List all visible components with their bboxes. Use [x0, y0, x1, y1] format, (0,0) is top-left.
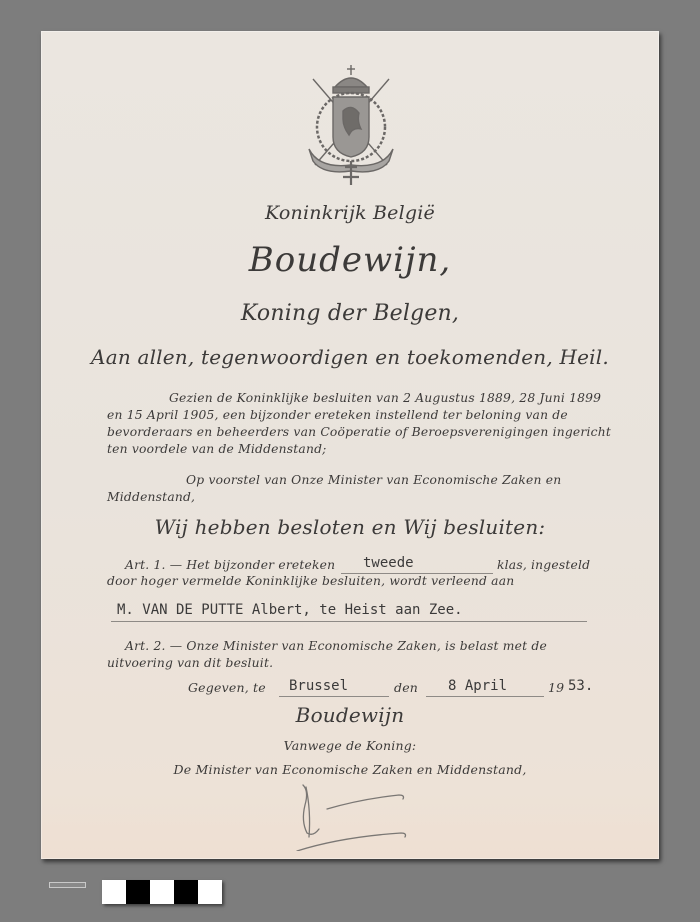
scale-square-black [174, 880, 198, 904]
minister-label: De Minister van Economische Zaken en Mid… [41, 762, 659, 777]
place-fill-line [279, 696, 389, 697]
king-title-heading: Koning der Belgen, [41, 301, 659, 326]
date-value: 8 April [448, 678, 507, 694]
year-value: 53. [568, 678, 593, 694]
given-label: Gegeven, te [188, 680, 266, 695]
article-1-suffix: klas, ingesteld [497, 558, 590, 572]
preamble-line: ten voordele van de Middenstand; [107, 442, 327, 456]
proposal-line: Op voorstel van Onze Minister van Econom… [186, 473, 561, 487]
king-name-heading: Boudewijn, [41, 240, 659, 280]
date-fill-line [426, 696, 544, 697]
place-value: Brussel [289, 678, 348, 694]
proposal-line: Middenstand, [107, 490, 195, 504]
den-label: den [394, 680, 418, 695]
class-value: tweede [363, 555, 414, 571]
recipient-fill-line [111, 621, 587, 622]
recipient-name: M. VAN DE PUTTE Albert, te Heist aan Zee… [117, 602, 463, 618]
preamble-line: en 15 April 1905, een bijzonder ereteken… [107, 408, 568, 422]
scale-square-white [150, 880, 174, 904]
scale-reference-bar [49, 882, 86, 888]
article-1-prefix: Art. 1. — Het bijzonder ereteken [125, 558, 335, 572]
scale-square-white [198, 880, 222, 904]
on-behalf-label: Vanwege de Koning: [41, 738, 659, 753]
decree-formula: Wij hebben besloten en Wij besluiten: [41, 515, 659, 539]
scale-square-black [126, 880, 150, 904]
preamble-line: bevorderaars en beheerders van Coöperati… [107, 425, 611, 439]
scale-square-white [102, 880, 126, 904]
article-2-line-2: uitvoering van dit besluit. [107, 656, 273, 670]
preamble-line: Gezien de Koninklijke besluiten van 2 Au… [169, 391, 601, 405]
color-scale-bar [102, 880, 222, 904]
article-1-line-2: door hoger vermelde Koninklijke besluite… [107, 574, 514, 588]
article-2-line-1: Art. 2. — Onze Minister van Economische … [125, 639, 547, 653]
year-prefix: 19 [548, 680, 564, 695]
kingdom-heading: Koninkrijk België [41, 202, 659, 224]
handwritten-signature-icon [291, 781, 421, 851]
signed-name: Boudewijn [41, 703, 659, 727]
coat-of-arms-icon [299, 61, 403, 187]
decree-document: Koninkrijk België Boudewijn, Koning der … [41, 31, 659, 859]
greeting-line: Aan allen, tegenwoordigen en toekomenden… [41, 345, 659, 369]
article-1-prefix-text: Art. 1. — Het bijzonder ereteken [125, 558, 335, 572]
